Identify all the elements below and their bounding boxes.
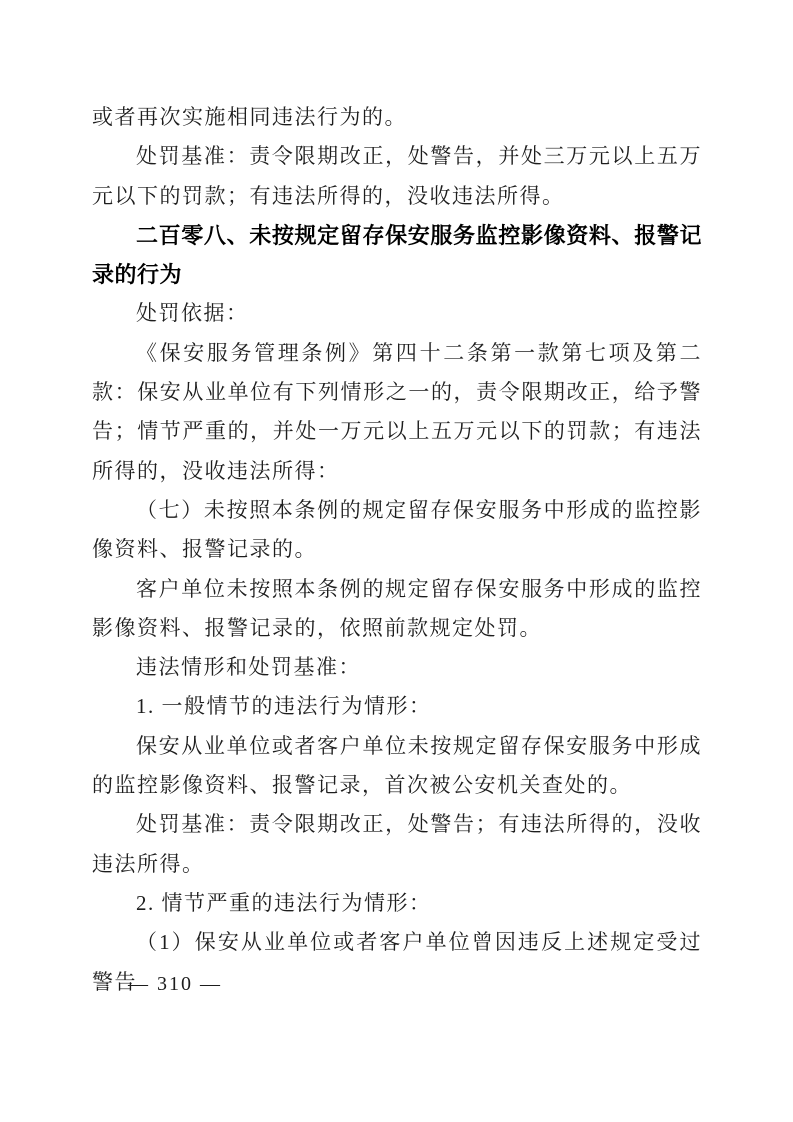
section-heading: 二百零八、未按规定留存保安服务监控影像资料、报警记录的行为 <box>92 216 702 295</box>
body-paragraph: 《保安服务管理条例》第四十二条第一款第七项及第二款：保安从业单位有下列情形之一的… <box>92 334 702 491</box>
body-paragraph: 违法情形和处罚基准： <box>92 648 702 687</box>
body-paragraph: 客户单位未按照本条例的规定留存保安服务中形成的监控影像资料、报警记录的，依照前款… <box>92 570 702 649</box>
body-paragraph: （七）未按照本条例的规定留存保安服务中形成的监控影像资料、报警记录的。 <box>92 491 702 570</box>
body-paragraph: 2. 情节严重的违法行为情形： <box>92 884 702 923</box>
body-paragraph-continued: 或者再次实施相同违法行为的。 <box>92 98 702 137</box>
body-paragraph: 处罚基准：责令限期改正，处警告；有违法所得的，没收违法所得。 <box>92 805 702 884</box>
page-body: 或者再次实施相同违法行为的。 处罚基准：责令限期改正，处警告，并处三万元以上五万… <box>92 98 702 1002</box>
body-paragraph: 处罚基准：责令限期改正，处警告，并处三万元以上五万元以下的罚款；有违法所得的，没… <box>92 137 702 216</box>
body-paragraph: 保安从业单位或者客户单位未按规定留存保安服务中形成的监控影像资料、报警记录，首次… <box>92 727 702 806</box>
page-number: — 310 — <box>128 965 222 1004</box>
body-paragraph: 处罚依据： <box>92 294 702 333</box>
document-page: 或者再次实施相同违法行为的。 处罚基准：责令限期改正，处警告，并处三万元以上五万… <box>0 0 793 1122</box>
body-paragraph: 1. 一般情节的违法行为情形： <box>92 687 702 726</box>
